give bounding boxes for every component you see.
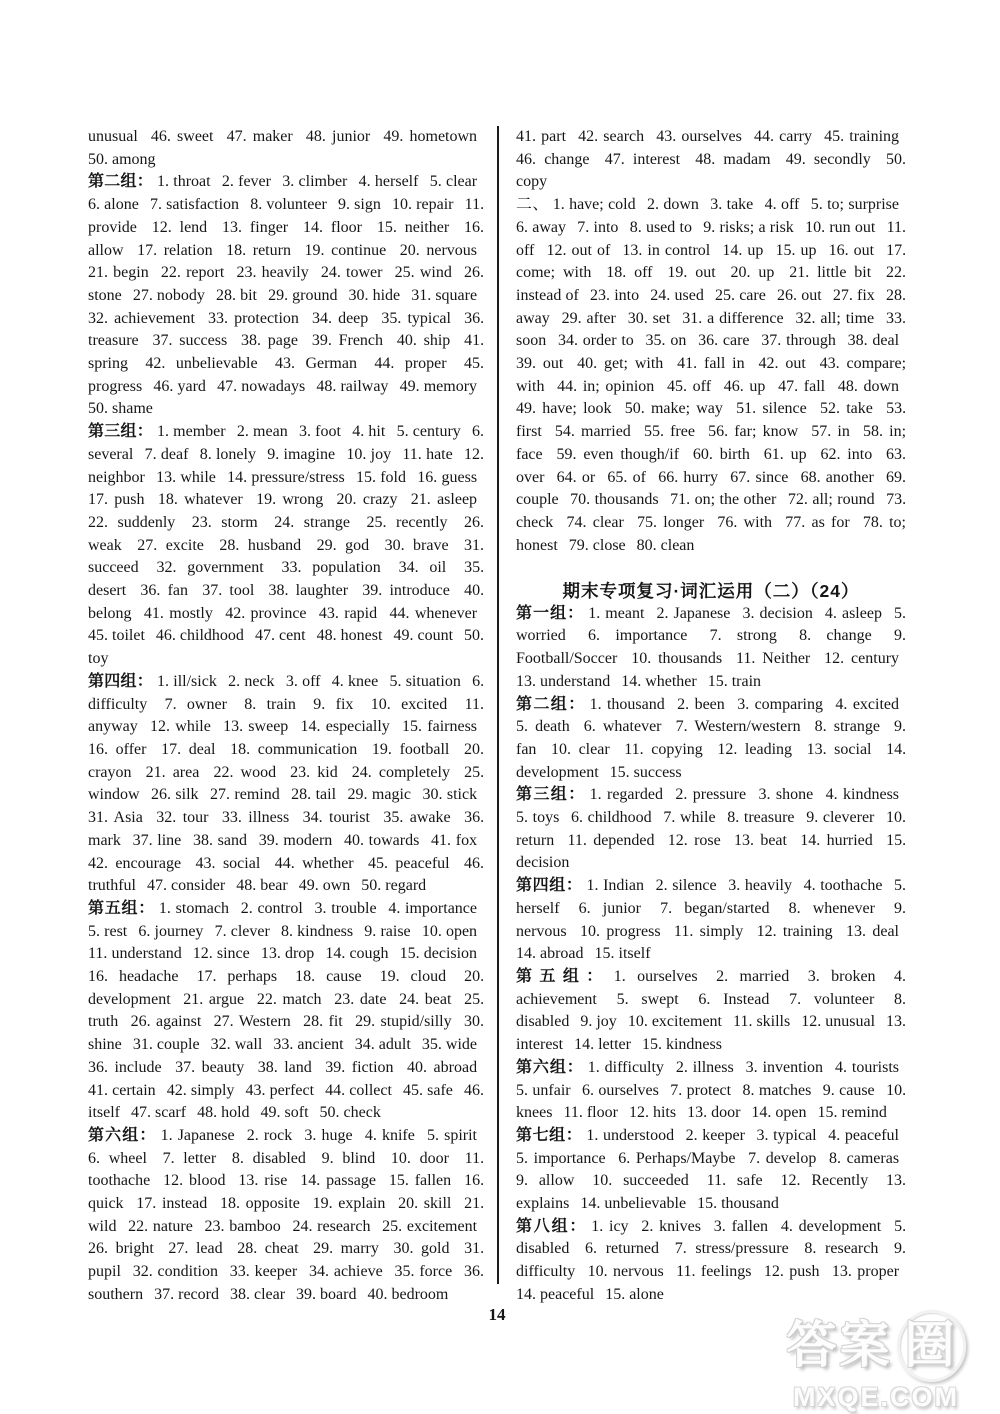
answer-item: 43. perfect xyxy=(246,1082,315,1099)
answer-group: 第六组：1. difficulty 2. illness 3. inventio… xyxy=(516,1057,906,1125)
answer-item: 25. excitement xyxy=(382,1218,477,1235)
answer-item: 25. care xyxy=(715,287,766,304)
answer-item: 13. rise xyxy=(238,1172,287,1189)
answer-item: 10. progress xyxy=(580,923,661,940)
answer-item: 4. kindness xyxy=(826,786,899,803)
answer-item: 46. sweet xyxy=(151,128,214,145)
answer-item: 29. stupid/silly xyxy=(355,1013,452,1030)
answer-item: 35. typical xyxy=(381,310,451,327)
answer-item: 45. off xyxy=(667,378,711,395)
answer-item: 2. keeper xyxy=(686,1127,745,1144)
answer-item: 43. social xyxy=(196,855,261,872)
answer-item: 23. kid xyxy=(290,764,338,781)
answer-item: 9. imagine xyxy=(267,446,335,463)
answer-item: 23. heavily xyxy=(236,264,308,281)
answer-item: 3. foot xyxy=(299,423,341,440)
answer-item: 2. silence xyxy=(656,877,717,894)
answer-item: 23. storm xyxy=(192,514,258,531)
group-label: 第一组： xyxy=(516,605,584,622)
answer-item: 30. gold xyxy=(393,1240,449,1257)
answer-item: 40. abroad xyxy=(407,1059,477,1076)
answer-item: 4. importance xyxy=(388,900,477,917)
answer-item: 49. hometown xyxy=(383,128,477,145)
answer-item: 45. training xyxy=(824,128,899,145)
answer-item: 38. land xyxy=(258,1059,312,1076)
answer-item: 4. development xyxy=(781,1218,881,1235)
answer-item: 35. awake xyxy=(383,809,450,826)
group-label: 第二组： xyxy=(88,173,153,190)
answer-item: 33. keeper xyxy=(230,1263,297,1280)
answer-item: 24. beat xyxy=(399,991,451,1008)
answer-item: 36. fan xyxy=(140,582,188,599)
answer-item: 49. have; look xyxy=(516,400,612,417)
answer-item: 10. succeeded xyxy=(592,1172,689,1189)
answer-item: 47. maker xyxy=(227,128,293,145)
answer-item: 17. relation xyxy=(137,242,212,259)
answer-item: 21. little bit xyxy=(789,264,871,281)
answer-item: 49. soft xyxy=(261,1104,309,1121)
answer-item: 39. fiction xyxy=(325,1059,393,1076)
answer-item: 6. ourselves xyxy=(582,1082,659,1099)
answer-item: 1. throat xyxy=(157,173,211,190)
answer-item: 3. typical xyxy=(757,1127,817,1144)
answer-item: 24. completely xyxy=(352,764,450,781)
answer-item: 13. social xyxy=(807,741,872,758)
answer-item: 7. began/started xyxy=(660,900,769,917)
answer-item: 38. sand xyxy=(193,832,247,849)
answer-item: 34. tourist xyxy=(303,809,370,826)
answer-item: 49. count xyxy=(393,627,453,644)
answer-item: 38. clear xyxy=(230,1286,285,1303)
answer-item: 26. bright xyxy=(88,1240,154,1257)
answer-item: 1. regarded xyxy=(590,786,663,803)
answer-item: 5. toys xyxy=(516,809,559,826)
answer-group: unusual 46. sweet 47. maker 48. junior 4… xyxy=(88,126,484,171)
answer-item: 44. proper xyxy=(374,355,446,372)
answer-item: 14. especially xyxy=(301,718,390,735)
answer-item: unusual xyxy=(88,128,138,145)
answer-item: 9. fix xyxy=(313,696,353,713)
answer-item: 31. square xyxy=(411,287,477,304)
answer-item: 10. joy xyxy=(346,446,391,463)
answer-item: 7. letter xyxy=(163,1150,217,1167)
answer-item: 61. up xyxy=(764,446,807,463)
answer-item: 47. scarf xyxy=(131,1104,186,1121)
answer-item: 29. ground xyxy=(268,287,337,304)
column-right: 41. part 42. search 43. ourselves 44. ca… xyxy=(516,126,906,1307)
answer-item: 46. yard xyxy=(153,378,206,395)
answer-item: 68. another xyxy=(801,469,874,486)
answer-item: 6. alone xyxy=(88,196,139,213)
answer-item: 65. of xyxy=(607,469,646,486)
section-title: 期末专项复习·词汇运用（二）（24） xyxy=(516,580,906,603)
answer-item: 1. understood xyxy=(586,1127,674,1144)
answer-item: 2. rock xyxy=(247,1127,293,1144)
answer-item: 9. cause xyxy=(823,1082,875,1099)
answer-item: 19. continue xyxy=(305,242,387,259)
answer-item: 16. out xyxy=(829,242,875,259)
answer-item: 4. knife xyxy=(365,1127,415,1144)
answer-item: 18. opposite xyxy=(220,1195,300,1212)
answer-item: 19. wrong xyxy=(256,491,323,508)
answer-item: 22. report xyxy=(161,264,224,281)
group-label: 第六组： xyxy=(88,1127,157,1144)
answer-item: 35. on xyxy=(646,332,687,349)
answer-item: 37. beauty xyxy=(175,1059,244,1076)
answer-item: 20. crazy xyxy=(337,491,398,508)
answer-item: 37. tool xyxy=(202,582,254,599)
answer-item: 13. drop xyxy=(261,945,314,962)
answer-item: 2. married xyxy=(716,968,789,985)
answer-item: 30. stick xyxy=(422,786,477,803)
answer-item: 48. madam xyxy=(695,151,770,168)
answer-item: 40. bedroom xyxy=(367,1286,448,1303)
answer-item: 49. secondly xyxy=(786,151,871,168)
answer-item: 4. knee xyxy=(332,673,378,690)
answer-item: 67. since xyxy=(730,469,788,486)
answer-item: 8. whenever xyxy=(789,900,875,917)
answer-item: 29. god xyxy=(317,537,369,554)
answer-item: 48. junior xyxy=(306,128,370,145)
answer-item: 5. death xyxy=(516,718,570,735)
answer-item: 6. journey xyxy=(138,923,203,940)
answer-item: 57. in xyxy=(811,423,850,440)
answer-item: 16. headache xyxy=(88,968,178,985)
answer-item: 36. include xyxy=(88,1059,162,1076)
answer-item: 6. childhood xyxy=(571,809,652,826)
answer-item: 1. ourselves xyxy=(614,968,698,985)
answer-item: 19. football xyxy=(372,741,449,758)
answer-item: 2. illness xyxy=(676,1059,734,1076)
answer-item: 2. pressure xyxy=(675,786,746,803)
answer-item: 1. thousand xyxy=(590,696,665,713)
answer-item: 12. Recently xyxy=(781,1172,869,1189)
answer-item: 34. deep xyxy=(312,310,368,327)
answer-item: 32. tour xyxy=(156,809,208,826)
answer-item: 8. matches xyxy=(742,1082,811,1099)
watermark-logo-circled-char: 圈 xyxy=(897,1310,966,1382)
answer-group: 二、1. have; cold 2. down 3. take 4. off 5… xyxy=(516,194,906,557)
answer-item: 1. difficulty xyxy=(588,1059,664,1076)
answer-item: 15. train xyxy=(708,673,761,690)
answer-item: 72. all; round xyxy=(788,491,875,508)
answer-item: 28. tail xyxy=(291,786,336,803)
answer-item: 3. trouble xyxy=(315,900,377,917)
answer-group: 第四组：1. ill/sick 2. neck 3. off 4. knee 5… xyxy=(88,671,484,898)
answer-item: 10. door xyxy=(391,1150,449,1167)
answer-item: 7. volunteer xyxy=(789,991,874,1008)
answer-item: 42. unbelievable xyxy=(145,355,257,372)
answer-item: 13. beat xyxy=(734,832,787,849)
answer-item: 37. success xyxy=(152,332,227,349)
answer-item: 46. change xyxy=(516,151,590,168)
answer-item: 12. while xyxy=(150,718,211,735)
answer-item: 17. perhaps xyxy=(196,968,277,985)
answer-item: 13. proper xyxy=(832,1263,899,1280)
answer-item: 13. door xyxy=(687,1104,740,1121)
answer-item: 44. collect xyxy=(325,1082,392,1099)
answer-item: 77. as for xyxy=(785,514,849,531)
answer-item: 19. cloud xyxy=(380,968,447,985)
answer-item: 15. fairness xyxy=(402,718,477,735)
answer-item: 8. lonely xyxy=(200,446,256,463)
answer-item: 47. fall xyxy=(778,378,825,395)
answer-item: 21. area xyxy=(146,764,200,781)
answer-item: 16. guess xyxy=(417,469,477,486)
answer-item: 18. off xyxy=(606,264,652,281)
answer-item: 70. thousands xyxy=(570,491,658,508)
answer-item: 6. whatever xyxy=(584,718,662,735)
answer-item: 37. through xyxy=(761,332,836,349)
answer-item: 7. protect xyxy=(670,1082,731,1099)
answer-item: 17. instead xyxy=(136,1195,207,1212)
answer-item: 4. tourists xyxy=(835,1059,899,1076)
answer-item: 8. used to xyxy=(630,219,692,236)
answer-group: 第五组：1. ourselves 2. married 3. broken 4.… xyxy=(516,966,906,1057)
answer-item: 14. pressure/stress xyxy=(227,469,345,486)
answer-item: 4. excited xyxy=(835,696,899,713)
answer-item: 10. nervous xyxy=(588,1263,664,1280)
answer-item: 32. condition xyxy=(133,1263,218,1280)
answer-item: 5. rest xyxy=(88,923,127,940)
answer-item: 66. hurry xyxy=(658,469,718,486)
answer-item: 4. off xyxy=(765,196,800,213)
answer-item: 47. consider xyxy=(147,877,225,894)
answer-item: 10. thousands xyxy=(631,650,722,667)
answer-item: 1. Japanese xyxy=(161,1127,235,1144)
answer-item: 15. thousand xyxy=(697,1195,779,1212)
answer-item: 44. whether xyxy=(275,855,354,872)
answer-item: 23. date xyxy=(334,991,386,1008)
answer-item: 10. open xyxy=(422,923,477,940)
answer-item: 12. century xyxy=(824,650,899,667)
answer-item: 29. after xyxy=(562,310,616,327)
answer-item: 43. ourselves xyxy=(656,128,742,145)
answer-item: 41. part xyxy=(516,128,566,145)
answer-item: 6. returned xyxy=(585,1240,659,1257)
answer-item: 22. wood xyxy=(213,764,276,781)
answer-item: 15. decision xyxy=(400,945,477,962)
answer-group: 第七组：1. understood 2. keeper 3. typical 4… xyxy=(516,1125,906,1216)
answer-item: 26. against xyxy=(131,1013,202,1030)
answer-item: 15. success xyxy=(610,764,682,781)
answer-item: 30. brave xyxy=(385,537,449,554)
answer-item: 38. deal xyxy=(848,332,899,349)
answer-item: 47. nowadays xyxy=(217,378,305,395)
answer-item: 64. or xyxy=(557,469,596,486)
answer-item: 28. cheat xyxy=(237,1240,298,1257)
answer-group: 第三组：1. regarded 2. pressure 3. shone 4. … xyxy=(516,784,906,875)
answer-item: 16. offer xyxy=(88,741,146,758)
answer-item: 37. line xyxy=(133,832,182,849)
answer-item: 34. order to xyxy=(558,332,634,349)
answer-item: 22. match xyxy=(257,991,322,1008)
answer-group: 第四组：1. Indian 2. silence 3. heavily 4. t… xyxy=(516,875,906,966)
answer-item: 21. begin xyxy=(88,264,149,281)
answer-item: 8. volunteer xyxy=(250,196,327,213)
answer-item: 27. Western xyxy=(214,1013,291,1030)
answer-item: 11. depended xyxy=(568,832,655,849)
answer-item: 1. stomach xyxy=(159,900,229,917)
answer-item: 71. on; the other xyxy=(670,491,776,508)
answer-item: 29. magic xyxy=(347,786,411,803)
answer-item: 31. couple xyxy=(133,1036,200,1053)
group-label: 第八组： xyxy=(516,1218,587,1235)
answer-item: 41. certain xyxy=(88,1082,156,1099)
answer-item: 8. treasure xyxy=(727,809,794,826)
answer-item: 25. wind xyxy=(395,264,452,281)
answer-item: 40. towards xyxy=(344,832,419,849)
answer-item: 36. care xyxy=(698,332,749,349)
answer-item: 43. rapid xyxy=(319,605,377,622)
answer-item: 60. birth xyxy=(693,446,750,463)
answer-item: 34. adult xyxy=(355,1036,411,1053)
answer-item: 12. push xyxy=(764,1263,820,1280)
answer-item: 6. junior xyxy=(579,900,641,917)
group-label: 第五组： xyxy=(88,900,155,917)
answer-item: 32. wall xyxy=(211,1036,263,1053)
answer-item: 54. married xyxy=(555,423,631,440)
answer-item: 10. excitement xyxy=(628,1013,722,1030)
answer-item: 6. wheel xyxy=(88,1150,147,1167)
answer-item: 20. skill xyxy=(398,1195,451,1212)
answer-item: 32. government xyxy=(156,559,263,576)
answer-item: 3. invention xyxy=(746,1059,823,1076)
answer-item: 25. recently xyxy=(367,514,448,531)
answer-item: 9. cleverer xyxy=(806,809,874,826)
answer-item: 3. climber xyxy=(282,173,347,190)
answer-item: 7. develop xyxy=(748,1150,816,1167)
answer-item: 28. husband xyxy=(219,537,301,554)
answer-item: 24. research xyxy=(292,1218,370,1235)
answer-item: 26. out xyxy=(777,287,822,304)
answer-item: 3. off xyxy=(286,673,321,690)
answer-item: 21. asleep xyxy=(411,491,477,508)
group-label: 第七组： xyxy=(516,1127,582,1144)
answer-item: 7. satisfaction xyxy=(150,196,239,213)
answer-item: 28. fit xyxy=(303,1013,343,1030)
answer-item: 2. Japanese xyxy=(656,605,730,622)
answer-item: 44. whenever xyxy=(389,605,477,622)
answer-item: 39. French xyxy=(312,332,383,349)
answer-item: 39. modern xyxy=(259,832,333,849)
answer-item: 1. Indian xyxy=(586,877,644,894)
answer-item: 22. nature xyxy=(128,1218,193,1235)
answer-item: 28. bit xyxy=(216,287,257,304)
answer-item: 32. achievement xyxy=(88,310,195,327)
answer-item: 5. clear xyxy=(430,173,477,190)
answer-item: 1. meant xyxy=(588,605,644,622)
answer-item: 8. change xyxy=(799,627,872,644)
answer-item: 40. get; with xyxy=(577,355,663,372)
answer-item: 48. hold xyxy=(197,1104,249,1121)
answer-item: 14. up xyxy=(722,242,763,259)
answer-item: 8. disabled xyxy=(232,1150,306,1167)
answer-item: 48. railway xyxy=(316,378,388,395)
answer-item: 45. peaceful xyxy=(368,855,450,872)
answer-item: 7. stress/pressure xyxy=(675,1240,789,1257)
answer-item: 31. Asia xyxy=(88,809,143,826)
answer-item: 47. cent xyxy=(255,627,306,644)
answer-item: 33. ancient xyxy=(273,1036,343,1053)
answer-item: 9. joy xyxy=(580,1013,616,1030)
answer-item: 14. unbelievable xyxy=(580,1195,686,1212)
answer-item: 14. peaceful xyxy=(516,1286,594,1303)
watermark-logo-text: 答案 xyxy=(787,1317,893,1373)
watermark: 答案圈 MXQE.COM xyxy=(760,1310,992,1412)
answer-item: 50. shame xyxy=(88,400,153,417)
column-left: unusual 46. sweet 47. maker 48. junior 4… xyxy=(88,126,484,1307)
answer-item: 12. unusual xyxy=(801,1013,875,1030)
answer-item: 2. fever xyxy=(222,173,271,190)
answer-item: 43. German xyxy=(275,355,357,372)
answer-item: 15. fallen xyxy=(389,1172,451,1189)
answer-item: 20. up xyxy=(731,264,775,281)
answer-item: 21. argue xyxy=(183,991,244,1008)
answer-item: 45. toilet xyxy=(88,627,145,644)
answer-item: 13. sweep xyxy=(223,718,288,735)
answer-item: 2. mean xyxy=(237,423,288,440)
answer-item: 39. introduce xyxy=(362,582,450,599)
answer-item: 40. ship xyxy=(397,332,450,349)
answer-item: 3. heavily xyxy=(728,877,792,894)
answer-item: 3. take xyxy=(710,196,753,213)
answer-item: 12. blood xyxy=(163,1172,225,1189)
answer-item: 3. huge xyxy=(304,1127,352,1144)
answer-item: 14. cough xyxy=(325,945,388,962)
answer-item: 20. nervous xyxy=(400,242,477,259)
answer-item: 42. province xyxy=(225,605,306,622)
answer-item: 1. have; cold xyxy=(553,196,636,213)
answer-item: 13. while xyxy=(156,469,216,486)
answer-item: 18. return xyxy=(226,242,291,259)
answer-item: 34. achieve xyxy=(309,1263,383,1280)
answer-item: 14. abroad xyxy=(516,945,584,962)
answer-item: 12. training xyxy=(757,923,833,940)
answer-item: 12. since xyxy=(193,945,250,962)
answer-item: 13. understand xyxy=(516,673,610,690)
answer-item: 4. peaceful xyxy=(828,1127,899,1144)
answer-item: 3. comparing xyxy=(737,696,823,713)
answer-item: 1. member xyxy=(157,423,226,440)
answer-item: 11. safe xyxy=(707,1172,763,1189)
answer-item: 5. importance xyxy=(516,1150,606,1167)
answer-item: 38. laughter xyxy=(268,582,348,599)
answer-item: 29. marry xyxy=(313,1240,379,1257)
answer-item: 32. all; time xyxy=(796,310,875,327)
answer-item: 55. free xyxy=(644,423,695,440)
answer-item: 8. kindness xyxy=(281,923,353,940)
answer-item: 5. situation xyxy=(389,673,460,690)
answer-item: 4. asleep xyxy=(825,605,882,622)
answer-group: 第一组：1. meant 2. Japanese 3. decision 4. … xyxy=(516,603,906,694)
group-label: 第四组： xyxy=(88,673,153,690)
answer-item: 7. deaf xyxy=(145,446,189,463)
answer-item: 24. strange xyxy=(274,514,350,531)
answer-item: 15. alone xyxy=(605,1286,664,1303)
answer-item: 22. suddenly xyxy=(88,514,175,531)
answer-group: 第三组：1. member 2. mean 3. foot 4. hit 5. … xyxy=(88,421,484,671)
answer-item: 11. feelings xyxy=(676,1263,751,1280)
answer-item: 11. understand xyxy=(88,945,182,962)
answer-item: 49. own xyxy=(299,877,351,894)
answer-item: 2. been xyxy=(677,696,725,713)
answer-item: 7. into xyxy=(577,219,618,236)
watermark-site: MXQE.COM xyxy=(760,1382,992,1412)
answer-item: 9. blind xyxy=(322,1150,376,1167)
answer-item: 9. allow xyxy=(516,1172,574,1189)
answer-item: 5. swept xyxy=(617,991,679,1008)
